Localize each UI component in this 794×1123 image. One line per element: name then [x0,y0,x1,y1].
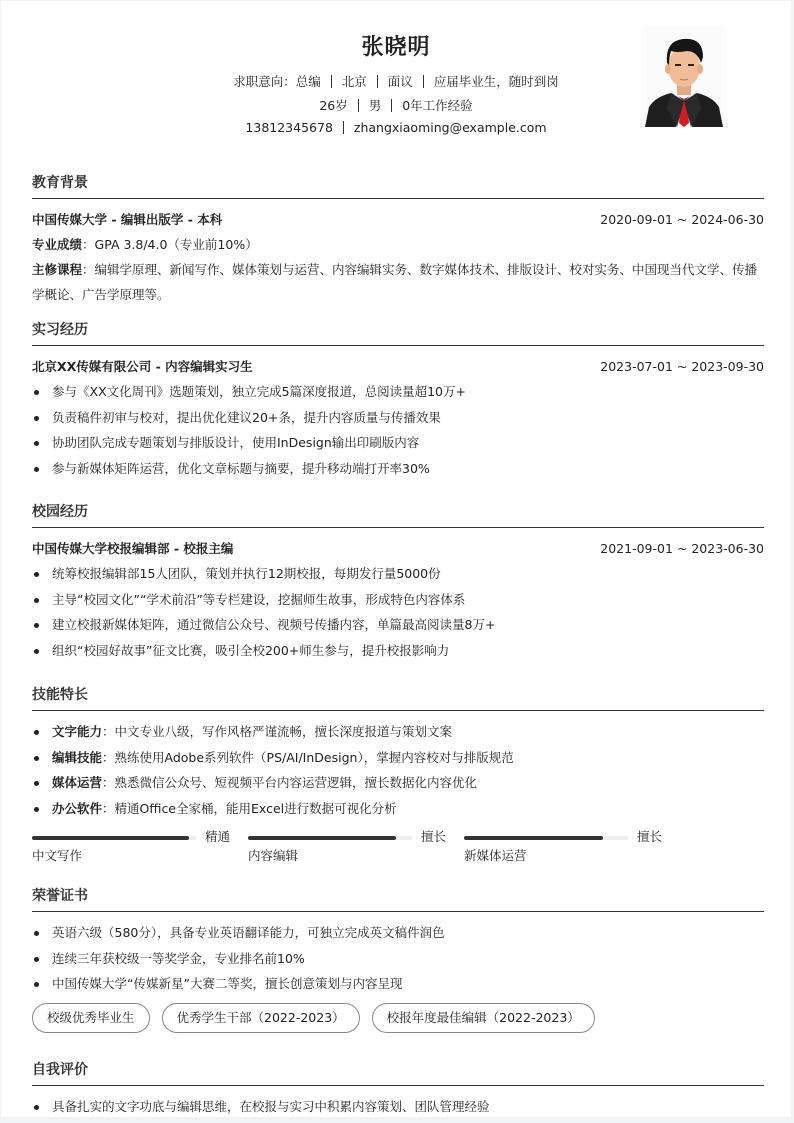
skills-bullets: 文字能力：中文专业八级，写作风格严谨流畅，擅长深度报道与策划文案 编辑技能：熟练… [32,719,764,821]
list-item: 组织“校园好故事”征文比赛，吸引全校200+师生参与，提升校报影响力 [32,638,764,664]
job-salary: 面议 [388,74,413,89]
avatar [641,27,727,127]
skill-track [464,836,628,840]
section-title: 校园经历 [32,501,764,528]
gpa-label: 专业成绩 [32,237,82,252]
list-item: 参与《XX文化周刊》选题策划，独立完成5篇深度报道，总阅读量超10万+ [32,379,764,405]
skill-label: 媒体运营 [52,775,102,790]
list-item: 办公软件：精通Office全家桶，能用Excel进行数据可视化分析 [32,796,764,822]
list-item: 负责稿件初审与校对，提出优化建议20+条，提升内容质量与传播效果 [32,405,764,431]
skill-level-bars: 精通 中文写作 擅长 内容编辑 擅长 新媒体运营 [32,827,764,875]
skill-level: 精通 [205,827,230,847]
list-item: 协助团队完成专题策划与排版设计，使用InDesign输出印刷版内容 [32,430,764,456]
list-item: 具备扎实的文字功底与编辑思维，在校报与实习中积累内容策划、团队管理经验 [32,1094,764,1117]
skills-section: 技能特长 文字能力：中文专业八级，写作风格严谨流畅，擅长深度报道与策划文案 编辑… [32,684,764,875]
divider [331,75,332,88]
section-title: 荣誉证书 [32,885,764,912]
section-title: 自我评价 [32,1059,764,1086]
skill-name: 中文写作 [32,846,82,866]
list-item: 统筹校报编辑部15人团队，策划并执行12期校报，每期发行量5000份 [32,561,764,587]
honors-section: 荣誉证书 英语六级（580分），具备专业英语翻译能力，可独立完成英文稿件润色 连… [32,885,764,1033]
skill-label: 编辑技能 [52,750,102,765]
company-position: 北京XX传媒有限公司 - 内容编辑实习生 [32,359,253,374]
courses-line: 主修课程：编辑学原理、新闻写作、媒体策划与运营、内容编辑实务、数字媒体技术、排版… [32,257,764,307]
self-evaluation-bullets: 具备扎实的文字功底与编辑思维，在校报与实习中积累内容策划、团队管理经验 [32,1094,764,1117]
divider [377,75,378,88]
gpa-line: 专业成绩：GPA 3.8/4.0（专业前10%） [32,232,764,257]
list-item: 媒体运营：熟悉微信公众号、短视频平台内容运营逻辑，擅长数据化内容优化 [32,770,764,796]
email[interactable]: zhangxiaoming@example.com [354,120,547,135]
skill-text: ：熟悉微信公众号、短视频平台内容运营逻辑，擅长数据化内容优化 [102,775,477,790]
self-evaluation-section: 自我评价 具备扎实的文字功底与编辑思维，在校报与实习中积累内容策划、团队管理经验 [32,1059,764,1117]
list-item: 主导“校园文化”“学术前沿”等专栏建设，挖掘师生故事，形成特色内容体系 [32,587,764,613]
list-item: 建立校报新媒体矩阵，通过微信公众号、视频号传播内容，单篇最高阅读量8万+ [32,612,764,638]
gender: 男 [369,98,382,113]
resume-page: 张晓明 求职意向：总编北京面议应届毕业生，随时到岗 26岁男0年工作经验 138… [1,1,791,1117]
honor-tag: 校级优秀毕业生 [32,1003,150,1033]
section-title: 教育背景 [32,172,764,199]
resume-header: 张晓明 求职意向：总编北京面议应届毕业生，随时到岗 26岁男0年工作经验 138… [1,1,791,151]
internship-bullets: 参与《XX文化周刊》选题策划，独立完成5篇深度报道，总阅读量超10万+ 负责稿件… [32,379,764,481]
org-position: 中国传媒大学校报编辑部 - 校报主编 [32,541,233,556]
courses-label: 主修课程 [32,262,82,277]
job-target: 求职意向：总编 [233,74,321,89]
campus-entry-heading: 中国传媒大学校报编辑部 - 校报主编 2021-09-01 ~ 2023-06-… [32,536,764,561]
skill-track [32,836,196,840]
skill-track [248,836,412,840]
skill-fill [32,836,189,840]
school-major-degree: 中国传媒大学 - 编辑出版学 - 本科 [32,212,222,227]
section-title: 实习经历 [32,319,764,346]
divider [343,121,344,134]
courses-value: ：编辑学原理、新闻写作、媒体策划与运营、内容编辑实务、数字媒体技术、排版设计、校… [32,262,757,302]
skill-name: 新媒体运营 [464,846,527,866]
divider [358,99,359,112]
honor-tags: 校级优秀毕业生 优秀学生干部（2022-2023） 校报年度最佳编辑（2022-… [32,1003,764,1033]
avatar-portrait-icon [641,27,727,127]
honor-tag: 校报年度最佳编辑（2022-2023） [372,1003,595,1033]
campus-date: 2021-09-01 ~ 2023-06-30 [600,536,764,561]
list-item: 中国传媒大学“传媒新星”大赛二等奖，擅长创意策划与内容呈现 [32,971,764,997]
education-date: 2020-09-01 ~ 2024-06-30 [600,207,764,232]
list-item: 编辑技能：熟练使用Adobe系列软件（PS/AI/InDesign），掌握内容校… [32,745,764,771]
skill-label: 办公软件 [52,801,102,816]
skill-text: ：熟练使用Adobe系列软件（PS/AI/InDesign），掌握内容校对与排版… [102,750,514,765]
skill-fill [248,836,396,840]
section-title: 技能特长 [32,684,764,711]
internship-entry-heading: 北京XX传媒有限公司 - 内容编辑实习生 2023-07-01 ~ 2023-0… [32,354,764,379]
skill-level: 擅长 [421,827,446,847]
internship-section: 实习经历 北京XX传媒有限公司 - 内容编辑实习生 2023-07-01 ~ 2… [32,319,764,481]
divider [423,75,424,88]
honors-bullets: 英语六级（580分），具备专业英语翻译能力，可独立完成英文稿件润色 连续三年获校… [32,920,764,997]
age: 26岁 [319,98,347,113]
list-item: 英语六级（580分），具备专业英语翻译能力，可独立完成英文稿件润色 [32,920,764,946]
skill-fill [464,836,603,840]
list-item: 连续三年获校级一等奖学金，专业排名前10% [32,946,764,972]
education-section: 教育背景 中国传媒大学 - 编辑出版学 - 本科 2020-09-01 ~ 20… [32,172,764,307]
list-item: 参与新媒体矩阵运营，优化文章标题与摘要，提升移动端打开率30% [32,456,764,482]
skill-text: ：中文专业八级，写作风格严谨流畅，擅长深度报道与策划文案 [102,724,452,739]
campus-bullets: 统筹校报编辑部15人团队，策划并执行12期校报，每期发行量5000份 主导“校园… [32,561,764,663]
skill-level: 擅长 [637,827,662,847]
list-item: 文字能力：中文专业八级，写作风格严谨流畅，擅长深度报道与策划文案 [32,719,764,745]
skill-text: ：精通Office全家桶，能用Excel进行数据可视化分析 [102,801,397,816]
divider [391,99,392,112]
campus-section: 校园经历 中国传媒大学校报编辑部 - 校报主编 2021-09-01 ~ 202… [32,501,764,663]
work-experience: 0年工作经验 [402,98,472,113]
skill-name: 内容编辑 [248,846,298,866]
internship-date: 2023-07-01 ~ 2023-09-30 [600,354,764,379]
job-city: 北京 [342,74,367,89]
gpa-value: ：GPA 3.8/4.0（专业前10%） [82,237,258,252]
education-entry-heading: 中国传媒大学 - 编辑出版学 - 本科 2020-09-01 ~ 2024-06… [32,207,764,232]
job-availability: 应届毕业生，随时到岗 [434,74,559,89]
honor-tag: 优秀学生干部（2022-2023） [162,1003,360,1033]
phone: 13812345678 [245,120,332,135]
skill-label: 文字能力 [52,724,102,739]
